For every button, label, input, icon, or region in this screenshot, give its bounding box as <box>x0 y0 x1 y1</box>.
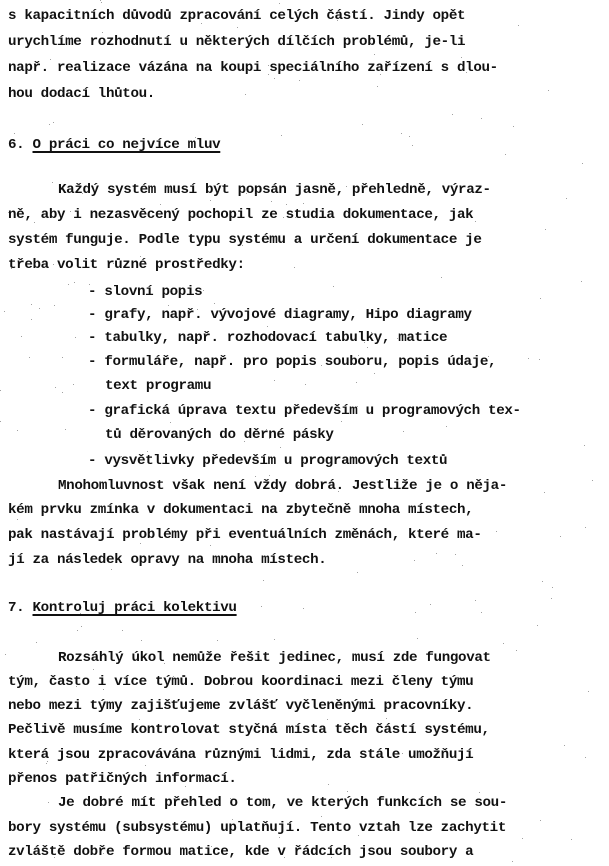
scanned-document-page: s kapacitních důvodů zpracování celých č… <box>0 0 609 866</box>
paragraph-line: přenos patřičných informací. <box>8 769 237 789</box>
list-item: - tabulky, např. rozhodovací tabulky, ma… <box>88 328 447 348</box>
paragraph-line: Rozsáhlý úkol nemůže řešit jedinec, musí… <box>58 648 491 668</box>
section-7-title: Kontroluj práci kolektivu <box>33 600 237 616</box>
list-item: - grafická úprava textu především u prog… <box>88 401 521 421</box>
list-item: - grafy, např. vývojové diagramy, Hipo d… <box>88 305 472 325</box>
paragraph-line: tým, často i více týmů. Dobrou koordinac… <box>8 672 473 692</box>
paragraph-line: kém prvku zmínka v dokumentaci na zbyteč… <box>8 500 473 520</box>
list-item-continuation: text programu <box>105 376 211 396</box>
intro-line: urychlíme rozhodnutí u některých dílčích… <box>8 32 465 52</box>
intro-line: hou dodací lhůtou. <box>8 84 155 104</box>
paragraph-line: Každý systém musí být popsán jasně, přeh… <box>58 180 491 200</box>
paragraph-line: Pečlivě musíme kontrolovat styčná místa … <box>8 720 490 740</box>
paragraph-line: Mnohomluvnost však není vždy dobrá. Jest… <box>58 476 507 496</box>
section-6-number: 6. <box>8 137 24 153</box>
list-item: - vysvětlivky především u programových t… <box>88 451 447 471</box>
section-6-heading: 6. O práci co nejvíce mluv <box>8 135 220 155</box>
list-item: - slovní popis <box>88 282 202 302</box>
list-item-continuation: tů děrovaných do děrné pásky <box>105 425 334 445</box>
paragraph-line: ně, aby i nezasvěcený pochopil ze studia… <box>8 205 473 225</box>
paragraph-line: jí za následek opravy na mnoha místech. <box>8 550 326 570</box>
intro-line: s kapacitních důvodů zpracování celých č… <box>8 6 465 26</box>
section-6-title: O práci co nejvíce mluv <box>33 137 221 153</box>
paragraph-line: bory systému (subsystému) uplatňují. Ten… <box>8 818 506 838</box>
paragraph-line: zvláště dobře formou matice, kde v řádcí… <box>8 842 473 862</box>
paragraph-line: Je dobré mít přehled o tom, ve kterých f… <box>58 793 507 813</box>
list-item: - formuláře, např. pro popis souboru, po… <box>88 352 496 372</box>
paragraph-line: která jsou zpracovávána různými lidmi, z… <box>8 745 473 765</box>
paragraph-line: pak nastávají problémy při eventuálních … <box>8 525 482 545</box>
section-7-number: 7. <box>8 600 24 616</box>
paragraph-line: nebo mezi týmy zajišťujeme zvlášť vyčlen… <box>8 696 473 716</box>
paragraph-line: třeba volit různé prostředky: <box>8 255 245 275</box>
paragraph-line: systém funguje. Podle typu systému a urč… <box>8 230 482 250</box>
section-7-heading: 7. Kontroluj práci kolektivu <box>8 598 237 618</box>
intro-line: např. realizace vázána na koupi speciáln… <box>8 58 498 78</box>
